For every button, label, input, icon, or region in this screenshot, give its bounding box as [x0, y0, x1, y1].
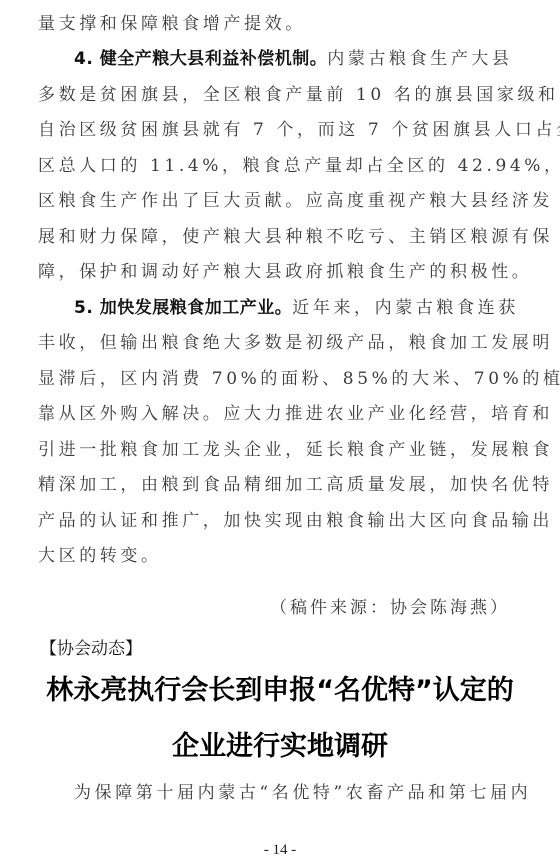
paragraph-line: 障，保护和调动好产粮大县政府抓粮食生产的积极性。	[38, 261, 486, 283]
item5-text: 近年来，内蒙古粮食连获	[292, 298, 519, 318]
paragraph-line: 精深加工，由粮到食品精细加工高质量发展，加快名优特	[38, 474, 486, 496]
paragraph-line: 显滞后，区内消费 70%的面粉、85%的大米、70%的植物油	[38, 368, 486, 390]
section-tag: 【协会动态】	[40, 638, 142, 660]
item4-text: 内蒙古粮食生产大县	[327, 49, 512, 69]
paragraph-line: 展和财力保障，使产粮大县种粮不吃亏、主销区粮源有保	[38, 226, 486, 248]
paragraph-line: 丰收，但输出粮食绝大多数是初级产品，粮食加工发展明	[38, 332, 486, 354]
item4-heading: 4. 健全产粮大县利益补偿机制。	[74, 49, 327, 69]
paragraph-line: 自治区级贫困旗县就有 7 个，而这 7 个贫困旗县人口占全	[38, 119, 486, 141]
headline-line-1: 林永亮执行会长到申报“名优特”认定的	[0, 673, 560, 709]
page-number: - 14 -	[0, 842, 560, 859]
item4-first-line: 4. 健全产粮大县利益补偿机制。内蒙古粮食生产大县	[74, 48, 486, 70]
article-source: （稿件来源：协会陈海燕）	[270, 597, 510, 619]
paragraph-line: 引进一批粮食加工龙头企业，延长粮食产业链，发展粮食	[38, 439, 486, 461]
item5-heading: 5. 加快发展粮食加工产业。	[74, 298, 292, 318]
paragraph-line: 区粮食生产作出了巨大贡献。应高度重视产粮大县经济发	[38, 190, 486, 212]
intro-line: 为保障第十届内蒙古“名优特”农畜产品和第七届内	[74, 782, 486, 804]
paragraph-line: 靠从区外购入解决。应大力推进农业产业化经营，培育和	[38, 403, 486, 425]
headline-line-2: 企业进行实地调研	[0, 729, 560, 765]
paragraph-line: 量支撑和保障粮食增产提效。	[38, 13, 486, 35]
paragraph-line: 多数是贫困旗县，全区粮食产量前 10 名的旗县国家级和	[38, 84, 486, 106]
item5-first-line: 5. 加快发展粮食加工产业。近年来，内蒙古粮食连获	[74, 297, 486, 319]
paragraph-line: 大区的转变。	[38, 545, 486, 567]
paragraph-line: 产品的认证和推广，加快实现由粮食输出大区向食品输出	[38, 510, 486, 532]
document-page: 量支撑和保障粮食增产提效。 4. 健全产粮大县利益补偿机制。内蒙古粮食生产大县 …	[0, 0, 560, 864]
paragraph-line: 区总人口的 11.4%，粮食总产量却占全区的 42.94%，为全	[38, 155, 486, 177]
